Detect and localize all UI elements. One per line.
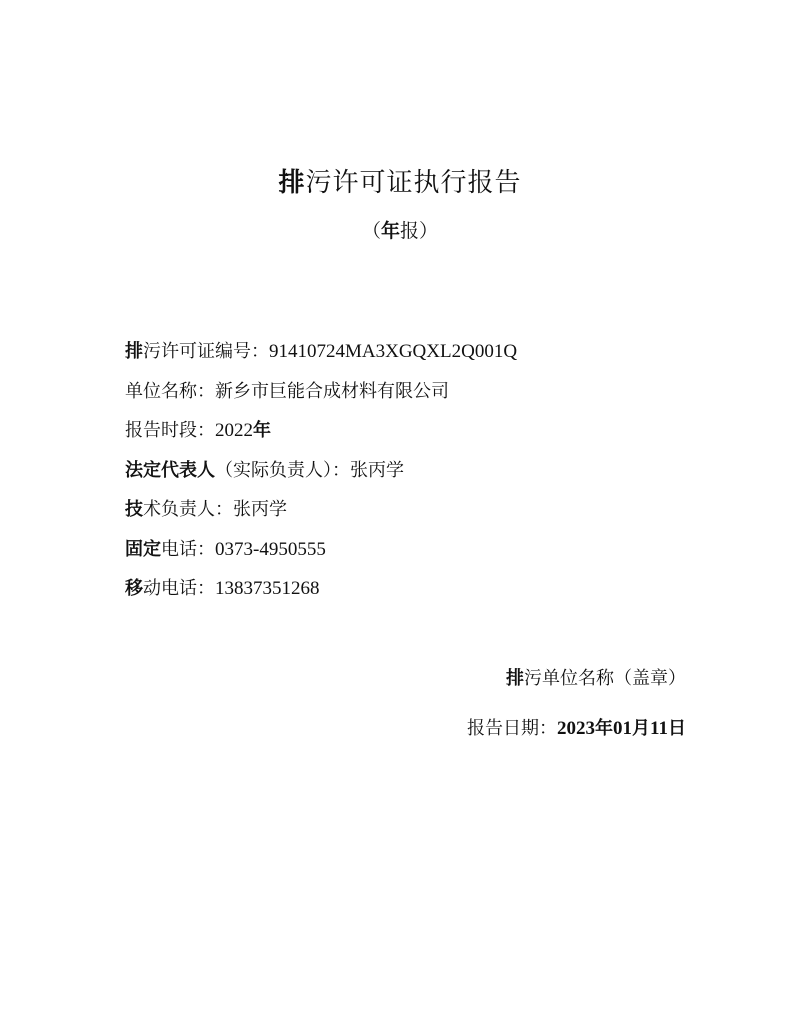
field-unit-name: 单位名称：新乡市巨能合成材料有限公司 (125, 379, 517, 419)
signature-unit-label: 污单位名称（盖章） (524, 668, 686, 689)
date-year-unit: 年 (595, 718, 613, 739)
field-value: 新乡市巨能合成材料有限公司 (215, 381, 449, 402)
field-label: 术负责人： (143, 499, 233, 520)
field-suffix: 年 (253, 420, 271, 441)
title-lead: 排 (278, 168, 305, 198)
field-label-bold: 固定 (125, 539, 161, 560)
subtitle-rest: 报 (400, 220, 419, 242)
date-month: 01 (613, 718, 632, 739)
info-fields: 排污许可证编号：91410724MA3XGQXL2Q001Q 单位名称：新乡市巨… (125, 339, 517, 616)
date-day-unit: 日 (668, 718, 686, 739)
field-landline: 固定电话：0373-4950555 (125, 537, 517, 577)
field-permit-number: 排污许可证编号：91410724MA3XGQXL2Q001Q (125, 339, 517, 379)
date-label: 报告日期： (467, 718, 557, 739)
date-month-unit: 月 (632, 718, 650, 739)
date-day: 11 (650, 718, 668, 739)
field-label-bold: 技 (125, 499, 143, 520)
field-report-period: 报告时段：2022年 (125, 418, 517, 458)
paren-open: （ (362, 220, 381, 242)
field-legal-representative: 法定代表人（实际负责人）：张丙学 (125, 458, 517, 498)
field-value: 0373-4950555 (215, 539, 326, 560)
field-technical-lead: 技术负责人：张丙学 (125, 497, 517, 537)
report-title: 排污许可证执行报告 (0, 162, 800, 199)
field-mobile: 移动电话：13837351268 (125, 576, 517, 616)
signature-unit-bold: 排 (506, 668, 524, 689)
report-date: 报告日期：2023年01月11日 (0, 714, 686, 740)
field-label: 单位名称： (125, 381, 215, 402)
field-value: 13837351268 (215, 578, 320, 599)
field-label: 污许可证编号： (143, 341, 269, 362)
field-label: 报告时段： (125, 420, 215, 441)
field-value: 张丙学 (350, 460, 404, 481)
subtitle-bold: 年 (381, 220, 400, 242)
report-subtitle: （年报） (0, 216, 800, 243)
date-year: 2023 (557, 718, 595, 739)
paren-close: ） (419, 220, 438, 242)
field-label-bold: 法定代表人 (125, 460, 215, 481)
field-value: 2022 (215, 420, 253, 441)
field-label: 电话： (161, 539, 215, 560)
field-label-bold: 排 (125, 341, 143, 362)
field-label: （实际负责人）： (215, 460, 350, 481)
field-label: 动电话： (143, 578, 215, 599)
title-rest: 污许可证执行报告 (306, 168, 522, 198)
field-value: 91410724MA3XGQXL2Q001Q (269, 341, 517, 362)
signature-unit: 排污单位名称（盖章） (0, 664, 686, 690)
field-value: 张丙学 (233, 499, 287, 520)
field-label-bold: 移 (125, 578, 143, 599)
